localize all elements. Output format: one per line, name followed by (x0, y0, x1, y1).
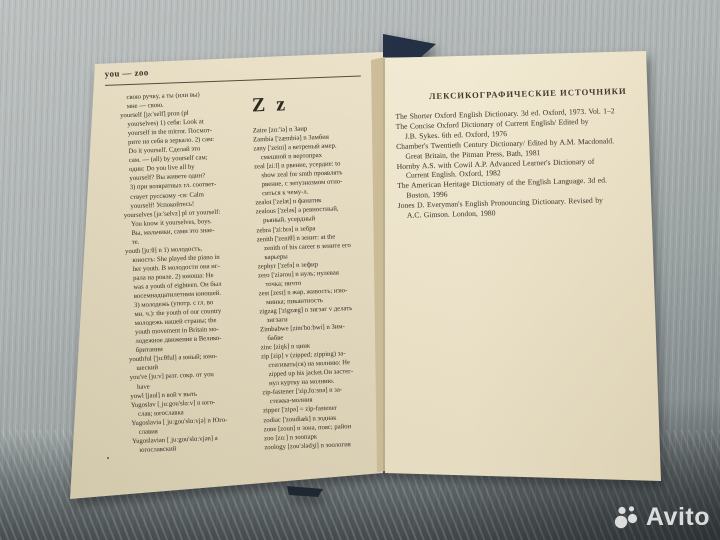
sources-list: The Shorter Oxford English Dictionary. 3… (395, 105, 664, 221)
dictionary-column-1: свою ручку, а ты (или вы)мне — свою.your… (119, 89, 256, 455)
dictionary-column-2: Z z Zaire [zɑː'iə] n ЗаирZambia ['zæmbiə… (251, 90, 386, 452)
sources-heading: ЛЕКСИКОГРАФИЧЕСКИЕ ИСТОЧНИКИ (395, 85, 661, 102)
running-head: you — zoo (104, 67, 148, 79)
page-speck (107, 457, 109, 459)
book-photo: you — zoo свою ручку, а ты (или вы)мне —… (0, 0, 720, 540)
avito-watermark: Avito (614, 503, 710, 532)
section-letter-heading: Z z (251, 90, 374, 117)
dictionary-column-2-lines: Zaire [zɑː'iə] n ЗаирZambia ['zæmbiə] n … (253, 122, 387, 452)
left-page-text: you — zoo свою ручку, а ты (или вы)мне —… (102, 48, 381, 481)
running-head-rule: you — zoo (104, 55, 361, 86)
right-page-text: ЛЕКСИКОГРАФИЧЕСКИЕ ИСТОЧНИКИ The Shorter… (394, 57, 664, 221)
avito-logo-icon (614, 504, 641, 531)
open-dictionary-book: you — zoo свою ручку, а ты (или вы)мне —… (0, 0, 720, 540)
avito-brand-text: Avito (646, 503, 710, 532)
